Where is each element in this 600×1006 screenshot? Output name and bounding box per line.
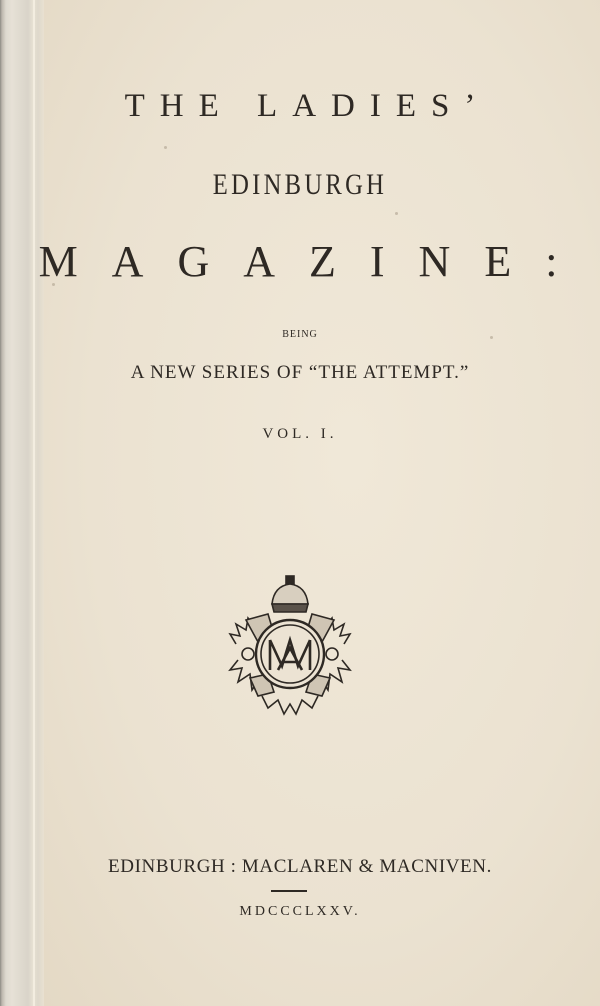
volume-label: VOL. I. bbox=[0, 426, 600, 443]
publication-year: MDCCCLXXV. bbox=[0, 904, 600, 920]
paper-speck bbox=[164, 146, 167, 149]
monogram-crest-icon bbox=[228, 574, 352, 720]
publisher-line: EDINBURGH : MACLAREN & MACNIVEN. bbox=[0, 856, 600, 878]
divider-rule bbox=[271, 890, 307, 892]
title-line-the-ladies: THE LADIES’ bbox=[0, 88, 600, 125]
paper-speck bbox=[395, 212, 398, 215]
subtitle-new-series: A NEW SERIES OF “THE ATTEMPT.” bbox=[0, 362, 600, 384]
title-line-magazine: MAGAZINE: bbox=[0, 236, 600, 287]
title-line-edinburgh: EDINBURGH bbox=[54, 168, 546, 202]
subtitle-being: BEING bbox=[0, 329, 600, 340]
